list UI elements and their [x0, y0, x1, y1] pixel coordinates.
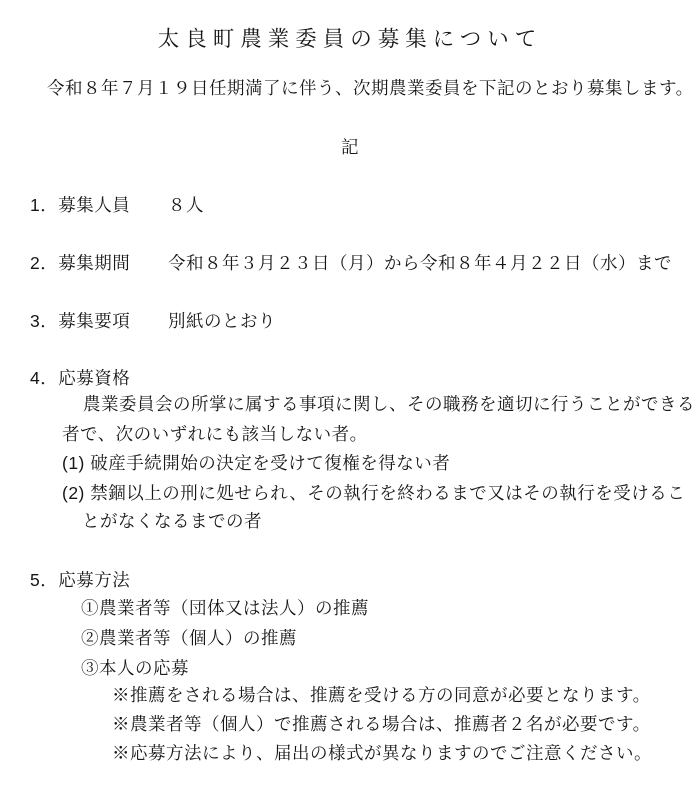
qualifications-body-line-2: 者で、次のいずれにも該当しない者。 — [62, 425, 368, 444]
item-guidelines-value: 別紙のとおり — [168, 312, 276, 331]
record-mark: 記 — [0, 138, 700, 157]
section-application-method-heading: 5．応募方法 — [30, 571, 130, 590]
item-recruit-period: 2．募集期間 令和８年３月２３日（月）から令和８年４月２２日（水）まで — [30, 254, 130, 273]
application-method-1: ①農業者等（団体又は法人）の推薦 — [81, 599, 369, 618]
item-guidelines-head: 3．募集要項 — [30, 311, 130, 331]
item-recruit-period-head: 2．募集期間 — [30, 253, 130, 273]
item-recruit-period-value: 令和８年３月２３日（月）から令和８年４月２２日（水）まで — [168, 254, 672, 273]
application-note-2: ※農業者等（個人）で推薦される場合は、推薦者２名が必要です。 — [112, 715, 651, 734]
qualification-clause-2-line-1: (2) 禁錮以上の刑に処せられ、その執行を終わるまで又はその執行を受けるこ — [62, 484, 685, 503]
item-recruit-count-head: 1．募集人員 — [30, 195, 130, 215]
application-method-3: ③本人の応募 — [81, 659, 189, 678]
application-note-3: ※応募方法により、届出の様式が異なりますのでご注意ください。 — [112, 744, 652, 763]
item-recruit-count-value: ８人 — [168, 196, 204, 215]
application-method-2: ②農業者等（個人）の推薦 — [81, 629, 297, 648]
qualification-clause-1: (1) 破産手続開始の決定を受けて復権を得ない者 — [62, 454, 450, 473]
section-qualifications-heading: 4．応募資格 — [30, 369, 130, 388]
document-page: 太良町農業委員の募集について 令和８年７月１９日任期満了に伴う、次期農業委員を下… — [0, 0, 700, 803]
application-note-1: ※推薦をされる場合は、推薦を受ける方の同意が必要となります。 — [112, 686, 651, 705]
intro-sentence: 令和８年７月１９日任期満了に伴う、次期農業委員を下記のとおり募集します。 — [47, 79, 694, 98]
item-guidelines: 3．募集要項 別紙のとおり — [30, 312, 130, 331]
item-recruit-count: 1．募集人員 ８人 — [30, 196, 130, 215]
qualifications-body-line-1: 農業委員会の所掌に属する事項に関し、その職務を適切に行うことができる — [83, 395, 695, 414]
page-title: 太良町農業委員の募集について — [0, 22, 700, 53]
qualification-clause-2-line-2: とがなくなるまでの者 — [82, 512, 262, 531]
